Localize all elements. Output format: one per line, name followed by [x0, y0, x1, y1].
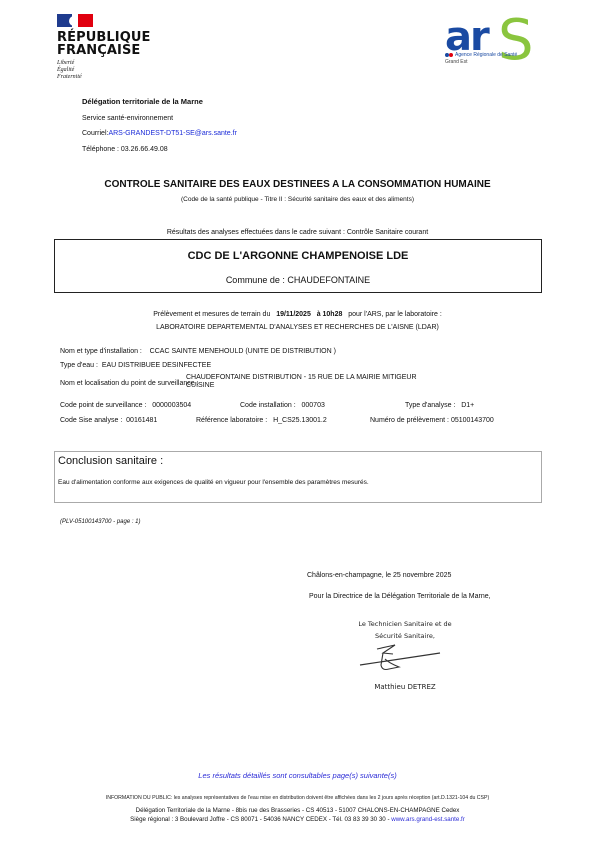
email-label: Courriel: — [82, 130, 108, 137]
analysis-type-row: Type d'analyse : D1+ — [405, 402, 474, 409]
code-installation-value: 000703 — [302, 402, 325, 409]
lab-ref-value: H_CS25.13001.2 — [273, 417, 327, 424]
sender-block: Délégation territoriale de la Marne Serv… — [82, 96, 237, 159]
commune-name: Commune de : CHAUDEFONTAINE — [55, 275, 541, 285]
sise-value: 00161481 — [126, 417, 157, 424]
delegation-address: Délégation Territoriale de la Marne - 8b… — [0, 807, 595, 814]
laboratory-name: LABORATOIRE DEPARTEMENTAL D'ANALYSES ET … — [0, 324, 595, 331]
sample-number-value: 05100143700 — [451, 417, 494, 424]
ars-logo-region: Grand Est — [445, 59, 468, 65]
rf-motto: Liberté Égalité Fraternité — [57, 60, 157, 81]
conclusion-text: Eau d'alimentation conforme aux exigence… — [58, 479, 369, 486]
on-behalf: Pour la Directrice de la Délégation Terr… — [309, 592, 504, 601]
water-type-row: Type d'eau : EAU DISTRIBUEE DESINFECTEE — [60, 362, 211, 369]
place-date: Châlons-en-champagne, le 25 novembre 202… — [307, 572, 451, 579]
sise-row: Code Sise analyse : 00161481 — [60, 417, 157, 424]
motto-egalite: Égalité — [57, 67, 157, 74]
conclusion-box: Conclusion sanitaire : Eau d'alimentatio… — [54, 451, 542, 503]
signer-role: Le Technicien Sanitaire et de Sécurité S… — [330, 618, 480, 642]
document-subtitle: (Code de la santé publique - Titre II : … — [0, 196, 595, 203]
sampling-time: à 10h28 — [317, 311, 343, 318]
entity-name: CDC DE L'ARGONNE CHAMPENOISE LDE — [55, 250, 541, 262]
marianne-flag-icon — [57, 14, 93, 27]
detailed-results-note: Les résultats détaillés sont consultable… — [0, 771, 595, 780]
motto-fraternite: Fraternité — [57, 74, 157, 81]
ars-logo-s: S — [498, 8, 534, 73]
sample-number-row: Numéro de prélèvement : 05100143700 — [370, 417, 494, 424]
ars-logo: ar S Agence Régionale de Santé Grand Est — [443, 20, 538, 70]
document-title: CONTROLE SANITAIRE DES EAUX DESTINEES A … — [0, 179, 595, 190]
rf-name-line2: FRANÇAISE — [57, 44, 157, 57]
point-value: CHAUDEFONTAINE DISTRIBUTION - 15 RUE DE … — [186, 374, 417, 389]
motto-liberte: Liberté — [57, 60, 157, 67]
sampling-date: 19/11/2025 — [276, 311, 311, 318]
ars-logo-subtitle: Agence Régionale de Santé — [445, 52, 517, 58]
website-link[interactable]: www.ars.grand-est.sante.fr — [391, 816, 465, 823]
installation-value: CCAC SAINTE MENEHOULD (UNITE DE DISTRIBU… — [150, 348, 336, 355]
analysis-context: Résultats des analyses effectuées dans l… — [0, 229, 595, 236]
sender-phone: Téléphone : 03.26.66.49.08 — [82, 144, 237, 156]
water-type-value: EAU DISTRIBUEE DESINFECTEE — [102, 362, 211, 369]
entity-box: CDC DE L'ARGONNE CHAMPENOISE LDE Commune… — [54, 239, 542, 293]
point-label: Nom et localisation du point de surveill… — [60, 380, 199, 387]
sender-organization: Délégation territoriale de la Marne — [82, 96, 237, 108]
code-point-row: Code point de surveillance : 0000003504 — [60, 402, 191, 409]
signer-name: Matthieu DETREZ — [330, 683, 480, 691]
analysis-type-value: D1+ — [461, 402, 474, 409]
code-installation-row: Code installation : 000703 — [240, 402, 325, 409]
handwritten-signature-icon — [355, 643, 445, 673]
public-information: INFORMATION DU PUBLIC: les analyses repr… — [0, 795, 595, 801]
page-reference: (PLV-05100143700 - page : 1) — [60, 519, 141, 525]
sampling-line: Prélèvement et mesures de terrain du 19/… — [0, 311, 595, 318]
installation-row: Nom et type d'installation : CCAC SAINTE… — [60, 348, 336, 355]
code-point-value: 0000003504 — [152, 402, 191, 409]
headquarters-address: Siège régional : 3 Boulevard Joffre - CS… — [0, 816, 595, 823]
conclusion-title: Conclusion sanitaire : — [58, 455, 163, 467]
lab-ref-row: Référence laboratoire : H_CS25.13001.2 — [196, 417, 327, 424]
sender-service: Service santé-environnement — [82, 113, 237, 125]
republique-francaise-logo: RÉPUBLIQUE FRANÇAISE Liberté Égalité Fra… — [57, 14, 157, 81]
sender-email-line: Courriel:ARS-GRANDEST-DT51-SE@ars.sante.… — [82, 128, 237, 140]
email-link[interactable]: ARS-GRANDEST-DT51-SE@ars.sante.fr — [108, 130, 236, 137]
dot-red-icon — [449, 53, 453, 57]
